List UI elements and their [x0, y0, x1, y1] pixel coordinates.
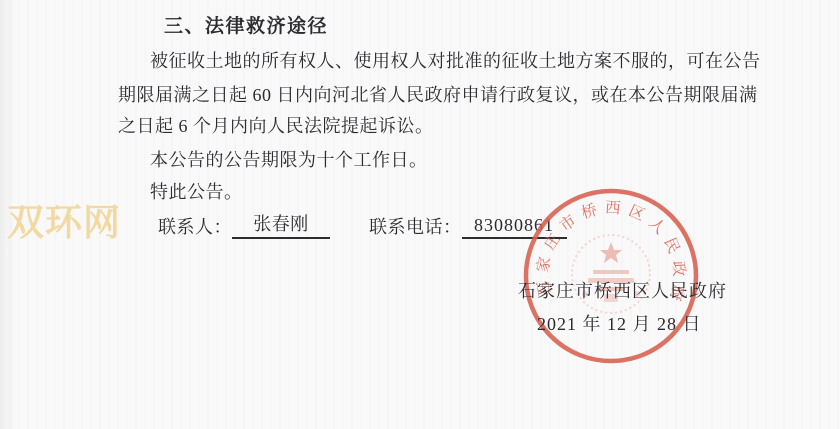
contact-person-label: 联系人： [158, 213, 232, 239]
paragraph1-line1: 被征收土地的所有权人、使用权人对批准的征收土地方案不服的，可在公告 [150, 47, 761, 73]
contact-line: 联系人：张春刚联系电话：83080861 [158, 210, 567, 239]
site-watermark: 双环网 [7, 204, 121, 241]
signature-issuer: 石家庄市桥西区人民政府 [518, 277, 727, 303]
paragraph1-line2: 期限届满之日起 60 日内向河北省人民政府申请行政复议，或在本公告期限届满 [118, 81, 758, 107]
scanned-notice-page: 双环网 三、法律救济途径 被征收土地的所有权人、使用权人对批准的征收土地方案不服… [0, 0, 840, 429]
contact-person-value: 张春刚 [232, 210, 330, 239]
paragraph2: 本公告的公告期限为十个工作日。 [150, 146, 428, 172]
seal-emblem-bar1 [593, 270, 629, 274]
paragraph3: 特此公告。 [150, 178, 243, 204]
contact-phone-label: 联系电话： [369, 213, 462, 239]
official-seal: 石家庄市桥西区人民政府 [520, 186, 702, 366]
signature-date: 2021 年 12 月 28 日 [537, 310, 702, 336]
section-heading: 三、法律救济途径 [164, 11, 328, 38]
seal-emblem-star [600, 242, 622, 263]
paragraph1-line3: 之日起 6 个月内向人民法院提起诉讼。 [118, 112, 434, 138]
